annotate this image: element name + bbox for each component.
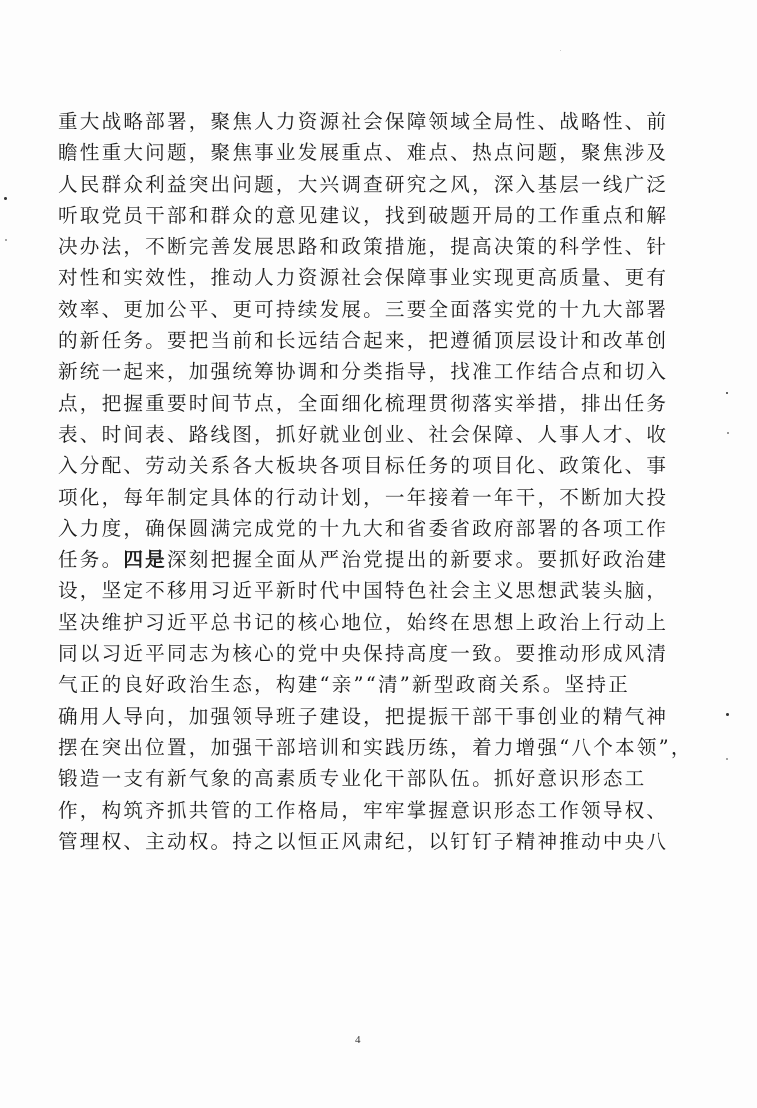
emphasis-heading: 四是 xyxy=(123,548,167,571)
scan-speck xyxy=(726,758,728,760)
document-page: 重大战略部署，聚焦人力资源社会保障领域全局性、战略性、前 瞻性重大问题，聚焦事业… xyxy=(0,0,757,1108)
text-segment: 深刻把握全面从严治党提出的新要求。要抓好政治建 xyxy=(167,548,668,571)
scan-speck xyxy=(727,432,729,434)
body-text: 重大战略部署，聚焦人力资源社会保障领域全局性、战略性、前 瞻性重大问题，聚焦事业… xyxy=(58,106,698,857)
text-line: 设，坚定不移用习近平新时代中国特色社会主义思想武装头脑， xyxy=(58,575,698,606)
text-line: 摆在突出位置，加强干部培训和实践历练，着力增强“八个本领”， xyxy=(58,732,698,763)
text-line: 确用人导向，加强领导班子建设，把提振干部干事创业的精气神 xyxy=(58,701,698,732)
text-line: 效率、更加公平、更可持续发展。三要全面落实党的十九大部署 xyxy=(58,294,698,325)
text-line: 点，把握重要时间节点，全面细化梳理贯彻落实举措，排出任务 xyxy=(58,388,698,419)
text-line: 气正的良好政治生态，构建“亲”“清”新型政商关系。坚持正 xyxy=(58,669,698,700)
text-line: 新统一起来，加强统筹协调和分类指导，找准工作结合点和切入 xyxy=(58,356,698,387)
scan-speck xyxy=(4,197,7,200)
text-line: 管理权、主动权。持之以恒正风肃纪，以钉钉子精神推动中央八 xyxy=(58,826,698,857)
scan-speck xyxy=(726,713,729,716)
text-line: 入力度，确保圆满完成党的十九大和省委省政府部署的各项工作 xyxy=(58,513,698,544)
text-line: 任务。四是深刻把握全面从严治党提出的新要求。要抓好政治建 xyxy=(58,544,698,575)
text-line: 项化，每年制定具体的行动计划，一年接着一年干，不断加大投 xyxy=(58,482,698,513)
scan-speck xyxy=(560,50,561,51)
text-line: 重大战略部署，聚焦人力资源社会保障领域全局性、战略性、前 xyxy=(58,106,698,137)
page-number: 4 xyxy=(355,1034,361,1046)
text-segment: 任务。 xyxy=(58,548,123,571)
text-line: 的新任务。要把当前和长远结合起来，把遵循顶层设计和改革创 xyxy=(58,325,698,356)
text-line: 人民群众利益突出问题，大兴调查研究之风，深入基层一线广泛 xyxy=(58,169,698,200)
scan-speck xyxy=(726,392,728,394)
text-line: 决办法，不断完善发展思路和政策措施，提高决策的科学性、针 xyxy=(58,231,698,262)
text-line: 瞻性重大问题，聚焦事业发展重点、难点、热点问题，聚焦涉及 xyxy=(58,137,698,168)
scan-speck xyxy=(5,239,7,241)
text-line: 坚决维护习近平总书记的核心地位，始终在思想上政治上行动上 xyxy=(58,607,698,638)
text-line: 入分配、劳动关系各大板块各项目标任务的项目化、政策化、事 xyxy=(58,450,698,481)
text-line: 表、时间表、路线图，抓好就业创业、社会保障、人事人才、收 xyxy=(58,419,698,450)
text-line: 同以习近平同志为核心的党中央保持高度一致。要推动形成风清 xyxy=(58,638,698,669)
text-line: 作，构筑齐抓共管的工作格局，牢牢掌握意识形态工作领导权、 xyxy=(58,795,698,826)
text-line: 听取党员干部和群众的意见建议，找到破题开局的工作重点和解 xyxy=(58,200,698,231)
text-line: 对性和实效性，推动人力资源社会保障事业实现更高质量、更有 xyxy=(58,262,698,293)
text-line: 锻造一支有新气象的高素质专业化干部队伍。抓好意识形态工 xyxy=(58,763,698,794)
